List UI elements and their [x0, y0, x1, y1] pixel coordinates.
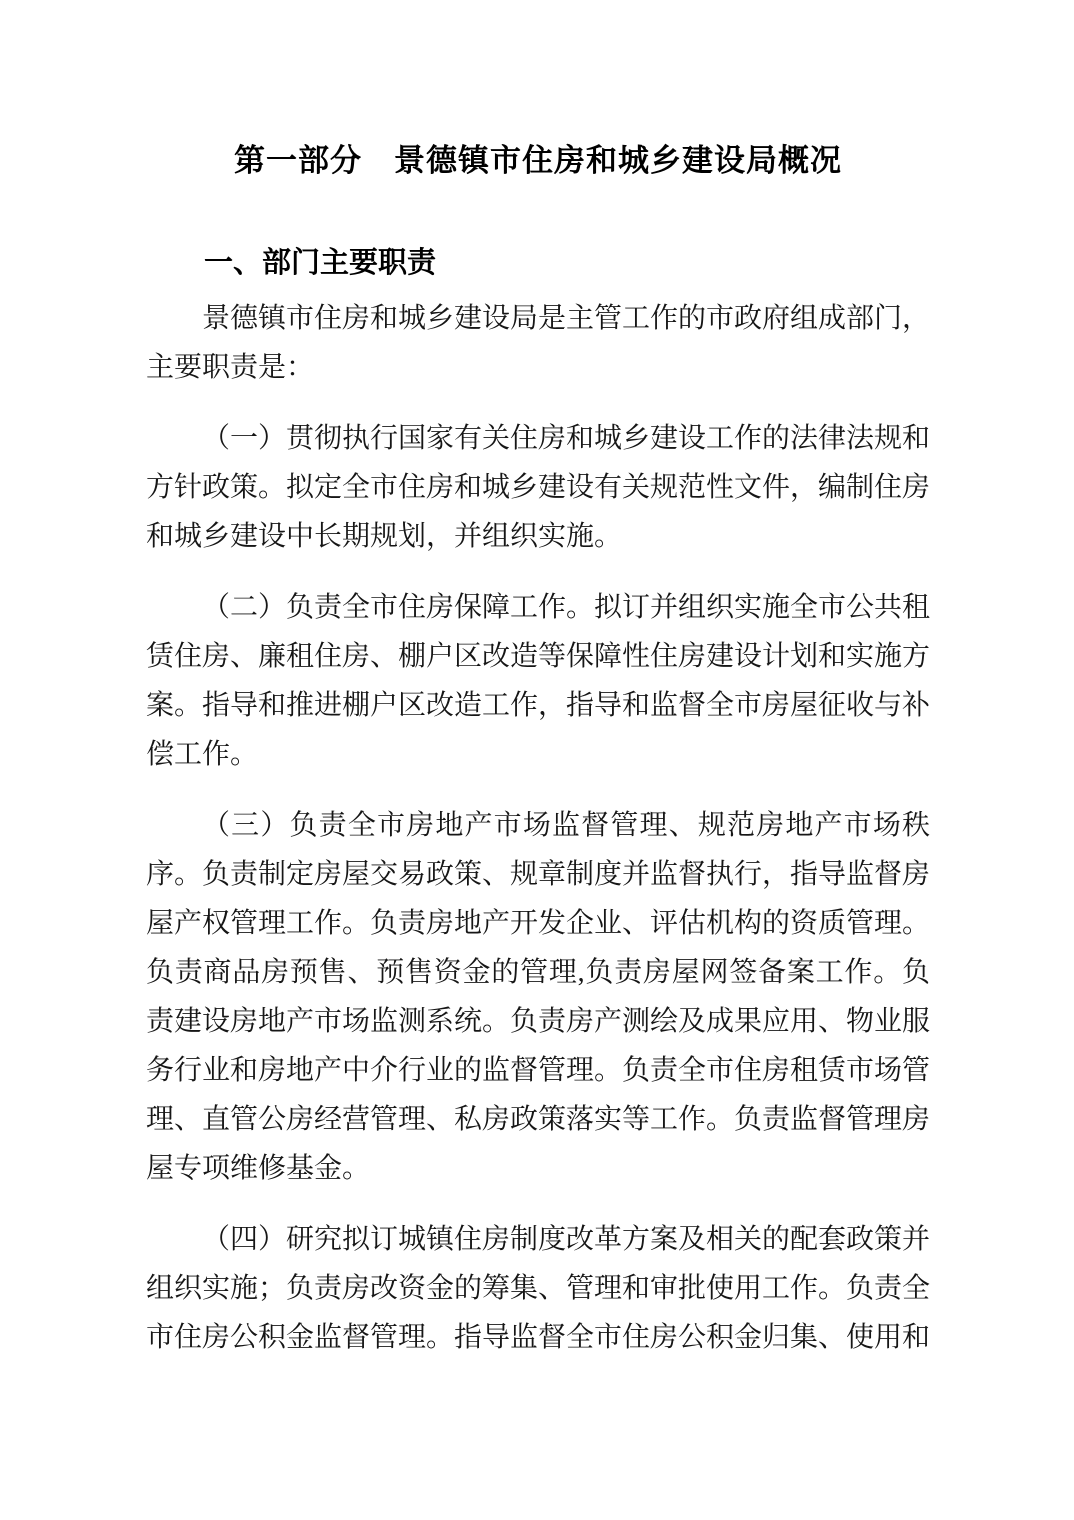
- document-page: 第一部分 景德镇市住房和城乡建设局概况 一、部门主要职责 景德镇市住房和城乡建设…: [0, 0, 1074, 1520]
- document-title: 第一部分 景德镇市住房和城乡建设局概况: [146, 140, 930, 182]
- paragraph-duty-4: （四）研究拟订城镇住房制度改革方案及相关的配套政策并组织实施；负责房改资金的筹集…: [146, 1215, 930, 1362]
- paragraph-duty-1: （一）贯彻执行国家有关住房和城乡建设工作的法律法规和方针政策。拟定全市住房和城乡…: [146, 414, 930, 561]
- paragraph-intro: 景德镇市住房和城乡建设局是主管工作的市政府组成部门，主要职责是：: [146, 294, 930, 392]
- section-heading-main-duties: 一、部门主要职责: [146, 244, 930, 282]
- paragraph-duty-2: （二）负责全市住房保障工作。拟订并组织实施全市公共租赁住房、廉租住房、棚户区改造…: [146, 583, 930, 779]
- paragraph-duty-3: （三）负责全市房地产市场监督管理、规范房地产市场秩序。负责制定房屋交易政策、规章…: [146, 801, 930, 1193]
